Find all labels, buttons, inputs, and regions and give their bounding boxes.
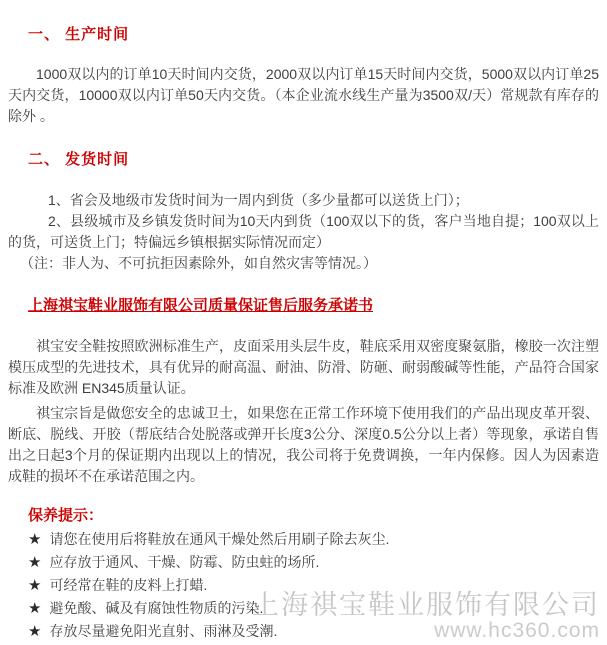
watermark: 上海祺宝鞋业服饰有限公司 www.hc360.com	[252, 590, 600, 642]
star-icon: ★	[28, 529, 41, 551]
document-content: 一、 生产时间 1000双以内的订单10天时间内交货，2000双以内订单15天时…	[0, 0, 607, 643]
shipping-time-heading: 二、 发货时间	[28, 151, 599, 169]
care-tip-text: 请您在使用后将鞋放在通风干燥处然后用刷子除去灰尘.	[49, 531, 389, 547]
shipping-item-1: 1、省会及地级市发货时间为一周内到货（多少量都可以送货上门）；	[8, 190, 599, 211]
care-tip-item: ★请您在使用后将鞋放在通风干燥处然后用刷子除去灰尘.	[28, 528, 599, 551]
shipping-item-2: 2、县级城市及乡镇发货时间为10天内到货（100双以下的货，客户当地自提；100…	[8, 211, 599, 253]
watermark-website: www.hc360.com	[252, 620, 600, 642]
guarantee-paragraph-2: 祺宝宗旨是做您安全的忠诚卫士，如果您在正常工作环境下使用我们的产品出现皮革开裂、…	[8, 403, 599, 487]
care-tip-text: 应存放于通风、干燥、防霉、防虫蛀的场所.	[49, 554, 319, 570]
product-detail-page: 一、 生产时间 1000双以内的订单10天时间内交货，2000双以内订单15天时…	[0, 0, 607, 645]
care-tip-text: 避免酸、碱及有腐蚀性物质的污染.	[49, 600, 263, 616]
guarantee-title: 上海祺宝鞋业服饰有限公司质量保证售后服务承诺书	[28, 297, 599, 315]
star-icon: ★	[28, 552, 41, 574]
shipping-note: （注：非人为、不可抗拒因素除外，如自然灾害等情况。）	[8, 253, 599, 274]
care-tip-text: 存放尽量避免阳光直射、雨淋及受潮.	[49, 623, 277, 639]
guarantee-paragraph-1: 祺宝安全鞋按照欧洲标准生产，皮面采用头层牛皮，鞋底采用双密度聚氨脂，橡胶一次注塑…	[8, 336, 599, 399]
star-icon: ★	[28, 621, 41, 643]
star-icon: ★	[28, 598, 41, 620]
star-icon: ★	[28, 575, 41, 597]
production-time-paragraph: 1000双以内的订单10天时间内交货，2000双以内订单15天时间内交货，500…	[8, 64, 599, 127]
care-tip-item: ★应存放于通风、干燥、防霉、防虫蛀的场所.	[28, 551, 599, 574]
care-tips-heading: 保养提示：	[28, 507, 599, 525]
care-tip-text: 可经常在鞋的皮料上打蜡.	[49, 577, 207, 593]
watermark-company-name: 上海祺宝鞋业服饰有限公司	[252, 590, 600, 620]
production-time-heading: 一、 生产时间	[28, 26, 599, 44]
